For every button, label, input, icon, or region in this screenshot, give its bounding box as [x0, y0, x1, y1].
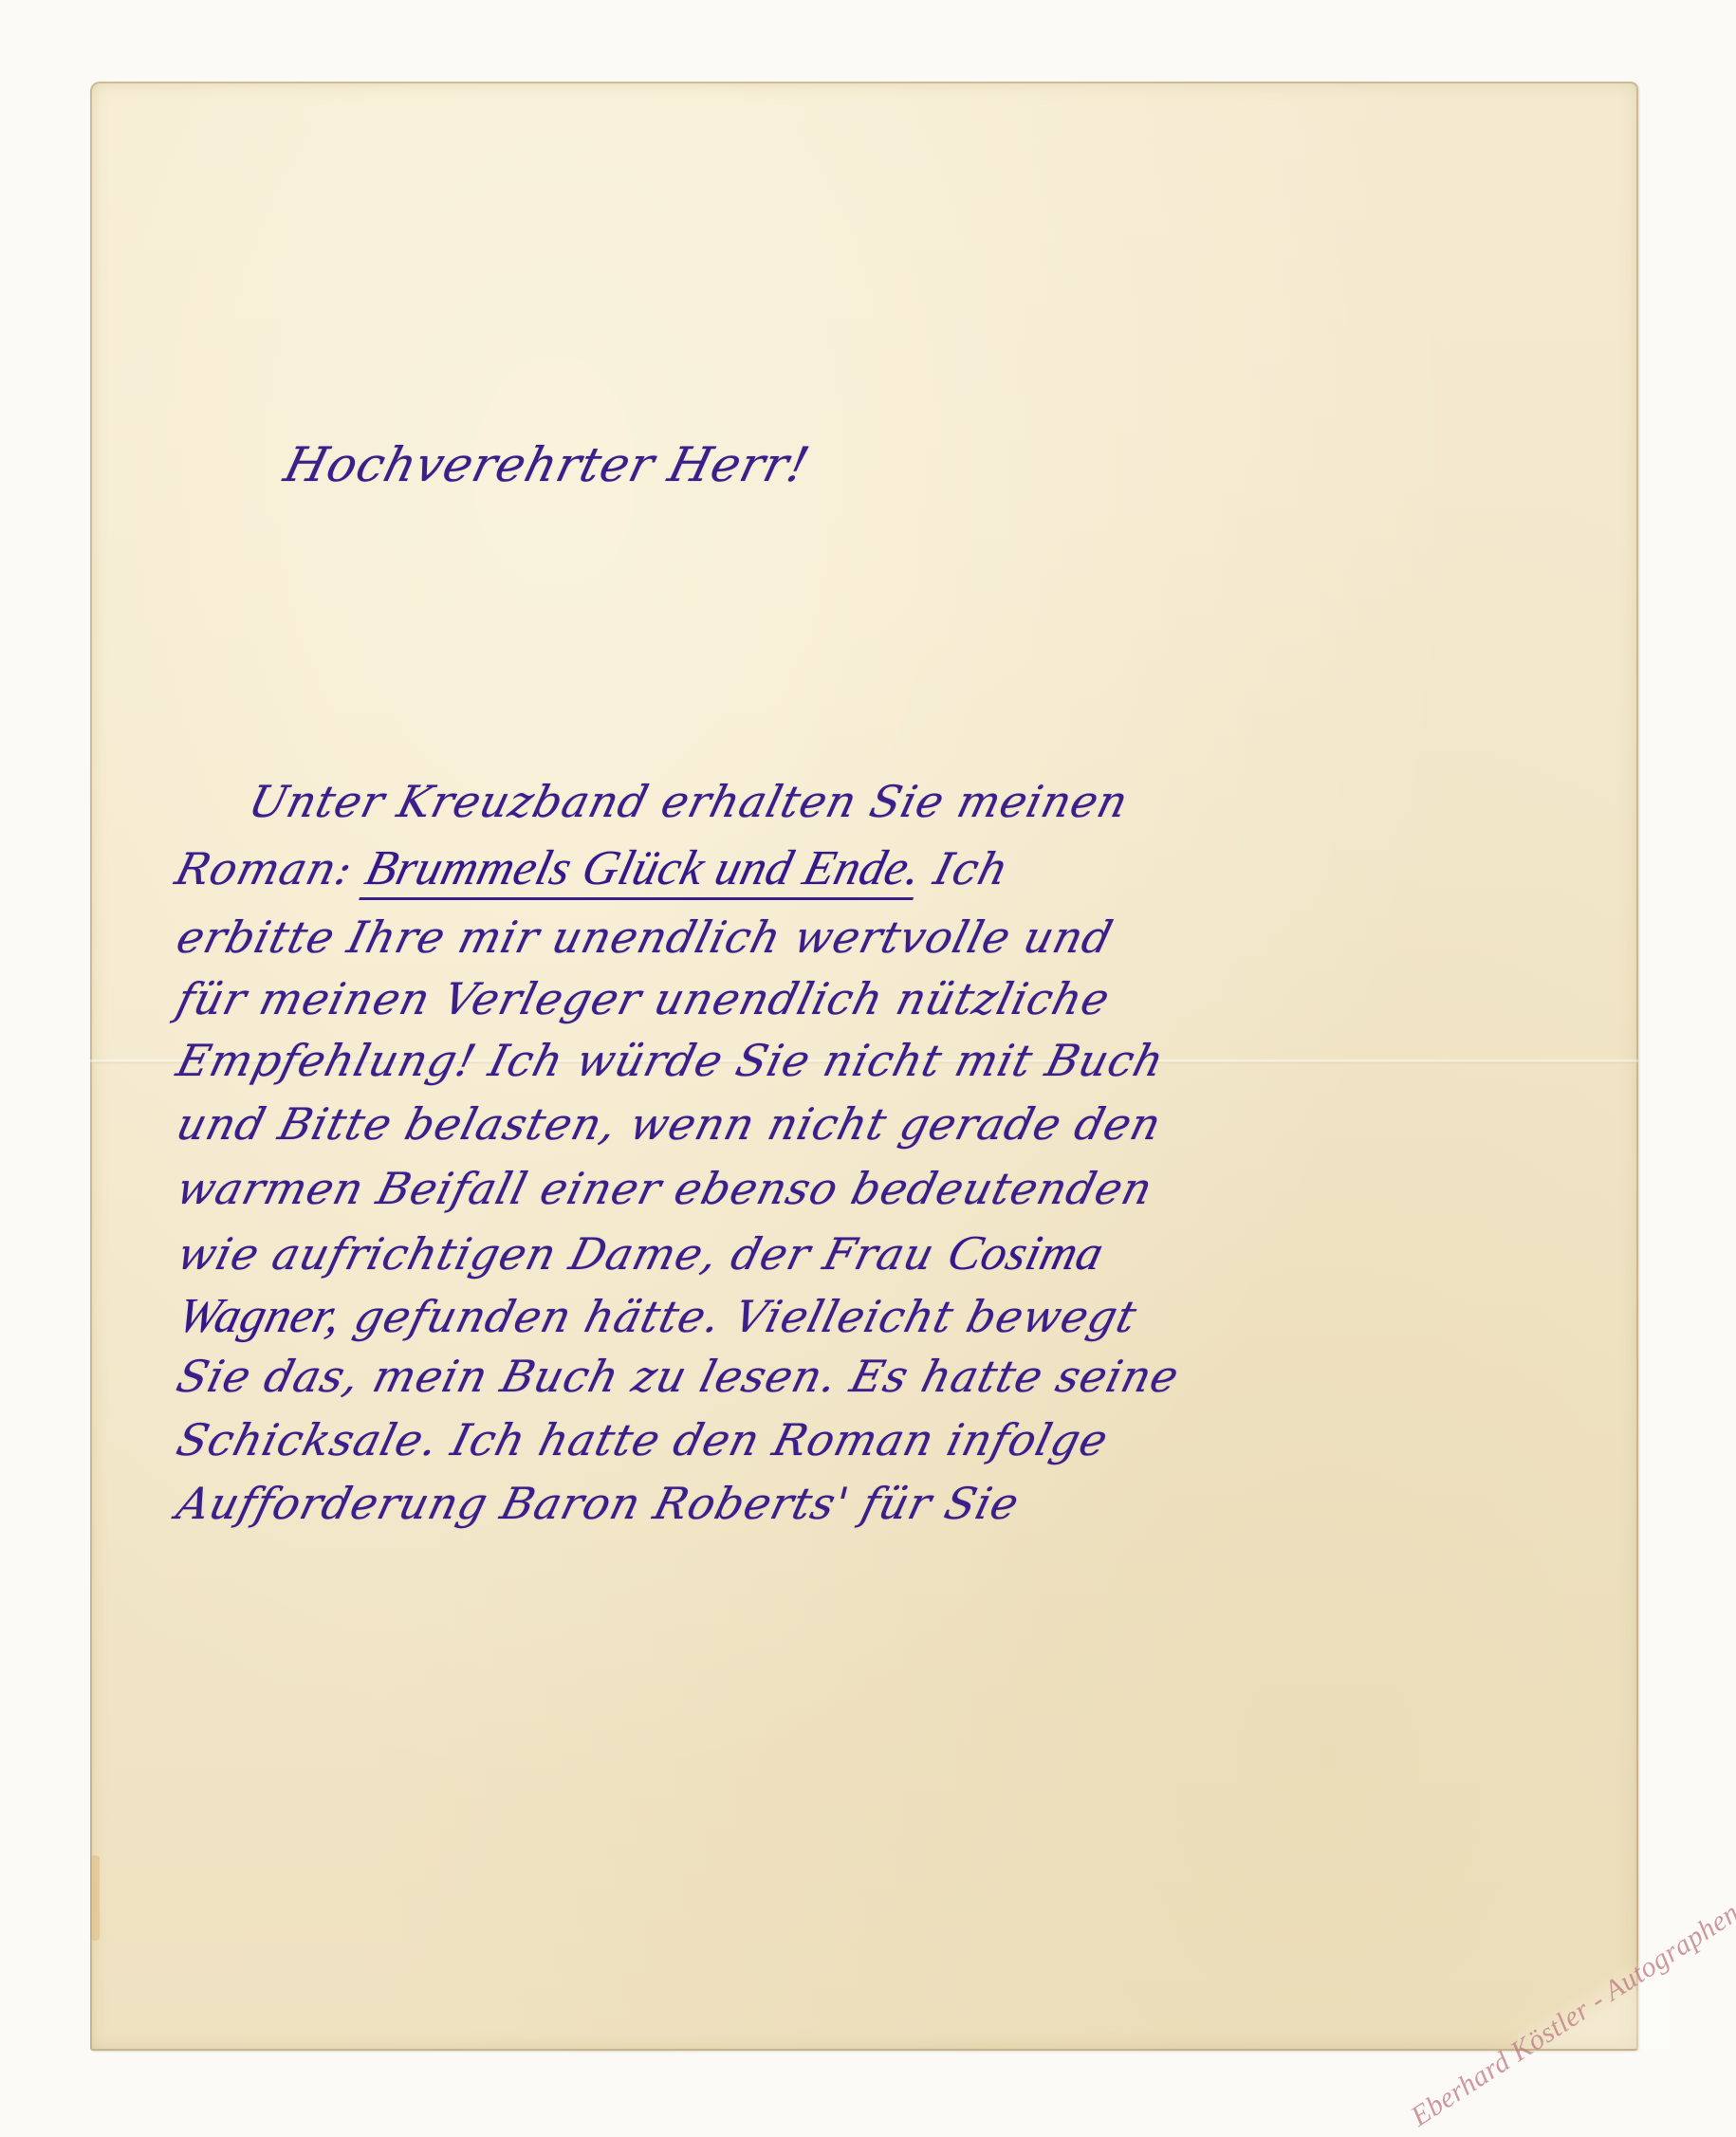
letter-line-4: für meinen Verleger unendlich nützliche — [173, 977, 1115, 1021]
letter-line-12: Aufforderung Baron Roberts' für Sie — [173, 1482, 1024, 1525]
paper-stain — [90, 1855, 100, 1941]
line-9-text: gefunden hätte. Vielleicht bewegt — [349, 1291, 1142, 1342]
ich-word: Ich — [929, 843, 1014, 894]
letter-line-10: Sie das, mein Buch zu lesen. Es hatte se… — [173, 1354, 1184, 1398]
letter-line-2: Roman: Brummels Glück und Ende. Ich — [171, 844, 1014, 893]
name-wagner: Wagner, — [173, 1289, 348, 1343]
letter-greeting: Hochverehrter Herr! — [280, 441, 814, 488]
roman-word: Roman: — [171, 843, 359, 894]
letter-line-7: warmen Beifall einer ebenso bedeutenden — [173, 1167, 1157, 1210]
letter-line-8: wie aufrichtigen Dame, der Frau Cosima — [173, 1229, 1108, 1279]
book-title: Brummels Glück und Ende. — [359, 841, 927, 900]
letter-line-11: Schicksale. Ich hatte den Roman infolge — [173, 1418, 1113, 1462]
line-8-text: wie aufrichtigen Dame, der Frau — [173, 1228, 940, 1280]
letter-line-5: Empfehlung! Ich würde Sie nicht mit Buch — [173, 1039, 1169, 1082]
letter-line-9: Wagner, gefunden hätte. Vielleicht beweg… — [173, 1292, 1142, 1341]
letter-line-3: erbitte Ihre mir unendlich wertvolle und — [173, 915, 1117, 959]
name-cosima: Cosima — [942, 1226, 1109, 1280]
letter-line-1: Unter Kreuzband erhalten Sie meinen — [245, 780, 1133, 823]
letter-line-6: und Bitte belasten, wenn nicht gerade de… — [173, 1102, 1166, 1146]
